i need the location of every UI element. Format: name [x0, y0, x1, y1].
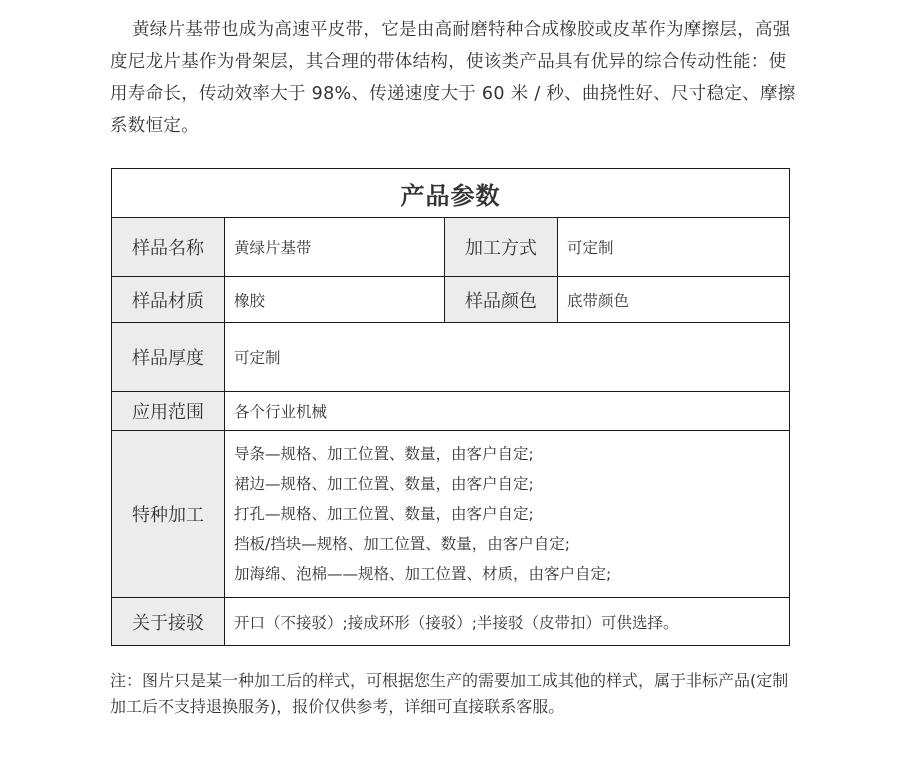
product-params-table: 产品参数 样品名称 黄绿片基带 加工方式 可定制 样品材质 橡胶 样品颜色 底带… — [111, 168, 790, 646]
label-processing-method: 加工方式 — [445, 218, 558, 277]
table-row: 关于接驳 开口（不接驳）;接成环形（接驳）;半接驳（皮带扣）可供选择。 — [112, 598, 790, 646]
label-splicing: 关于接驳 — [112, 598, 225, 646]
value-special-processing: 导条—规格、加工位置、数量，由客户自定; 裙边—规格、加工位置、数量，由客户自定… — [225, 431, 790, 598]
value-sample-color: 底带颜色 — [558, 277, 790, 323]
label-application: 应用范围 — [112, 392, 225, 431]
table-row: 样品材质 橡胶 样品颜色 底带颜色 — [112, 277, 790, 323]
table-row: 特种加工 导条—规格、加工位置、数量，由客户自定; 裙边—规格、加工位置、数量，… — [112, 431, 790, 598]
value-splicing: 开口（不接驳）;接成环形（接驳）;半接驳（皮带扣）可供选择。 — [225, 598, 790, 646]
label-thickness: 样品厚度 — [112, 323, 225, 392]
table-row: 应用范围 各个行业机械 — [112, 392, 790, 431]
table-row: 样品名称 黄绿片基带 加工方式 可定制 — [112, 218, 790, 277]
value-processing-method: 可定制 — [558, 218, 790, 277]
special-processing-line: 加海绵、泡棉——规格、加工位置、材质，由客户自定; — [234, 559, 789, 589]
value-sample-material: 橡胶 — [225, 277, 445, 323]
label-special-processing: 特种加工 — [112, 431, 225, 598]
label-sample-name: 样品名称 — [112, 218, 225, 277]
intro-paragraph: 黄绿片基带也成为高速平皮带，它是由高耐磨特种合成橡胶或皮革作为摩擦层，高强度尼龙… — [110, 14, 800, 142]
note-text: 注：图片只是某一种加工后的样式，可根据您生产的需要加工成其他的样式，属于非标产品… — [110, 668, 800, 720]
value-thickness: 可定制 — [225, 323, 790, 392]
label-sample-material: 样品材质 — [112, 277, 225, 323]
table-title: 产品参数 — [112, 169, 790, 218]
special-processing-line: 导条—规格、加工位置、数量，由客户自定; — [234, 439, 789, 469]
label-sample-color: 样品颜色 — [445, 277, 558, 323]
value-application: 各个行业机械 — [225, 392, 790, 431]
value-sample-name: 黄绿片基带 — [225, 218, 445, 277]
table-row: 样品厚度 可定制 — [112, 323, 790, 392]
intro-text: 黄绿片基带也成为高速平皮带，它是由高耐磨特种合成橡胶或皮革作为摩擦层，高强度尼龙… — [110, 20, 796, 136]
special-processing-line: 挡板/挡块—规格、加工位置、数量，由客户自定; — [234, 529, 789, 559]
special-processing-line: 打孔—规格、加工位置、数量，由客户自定; — [234, 499, 789, 529]
special-processing-line: 裙边—规格、加工位置、数量，由客户自定; — [234, 469, 789, 499]
